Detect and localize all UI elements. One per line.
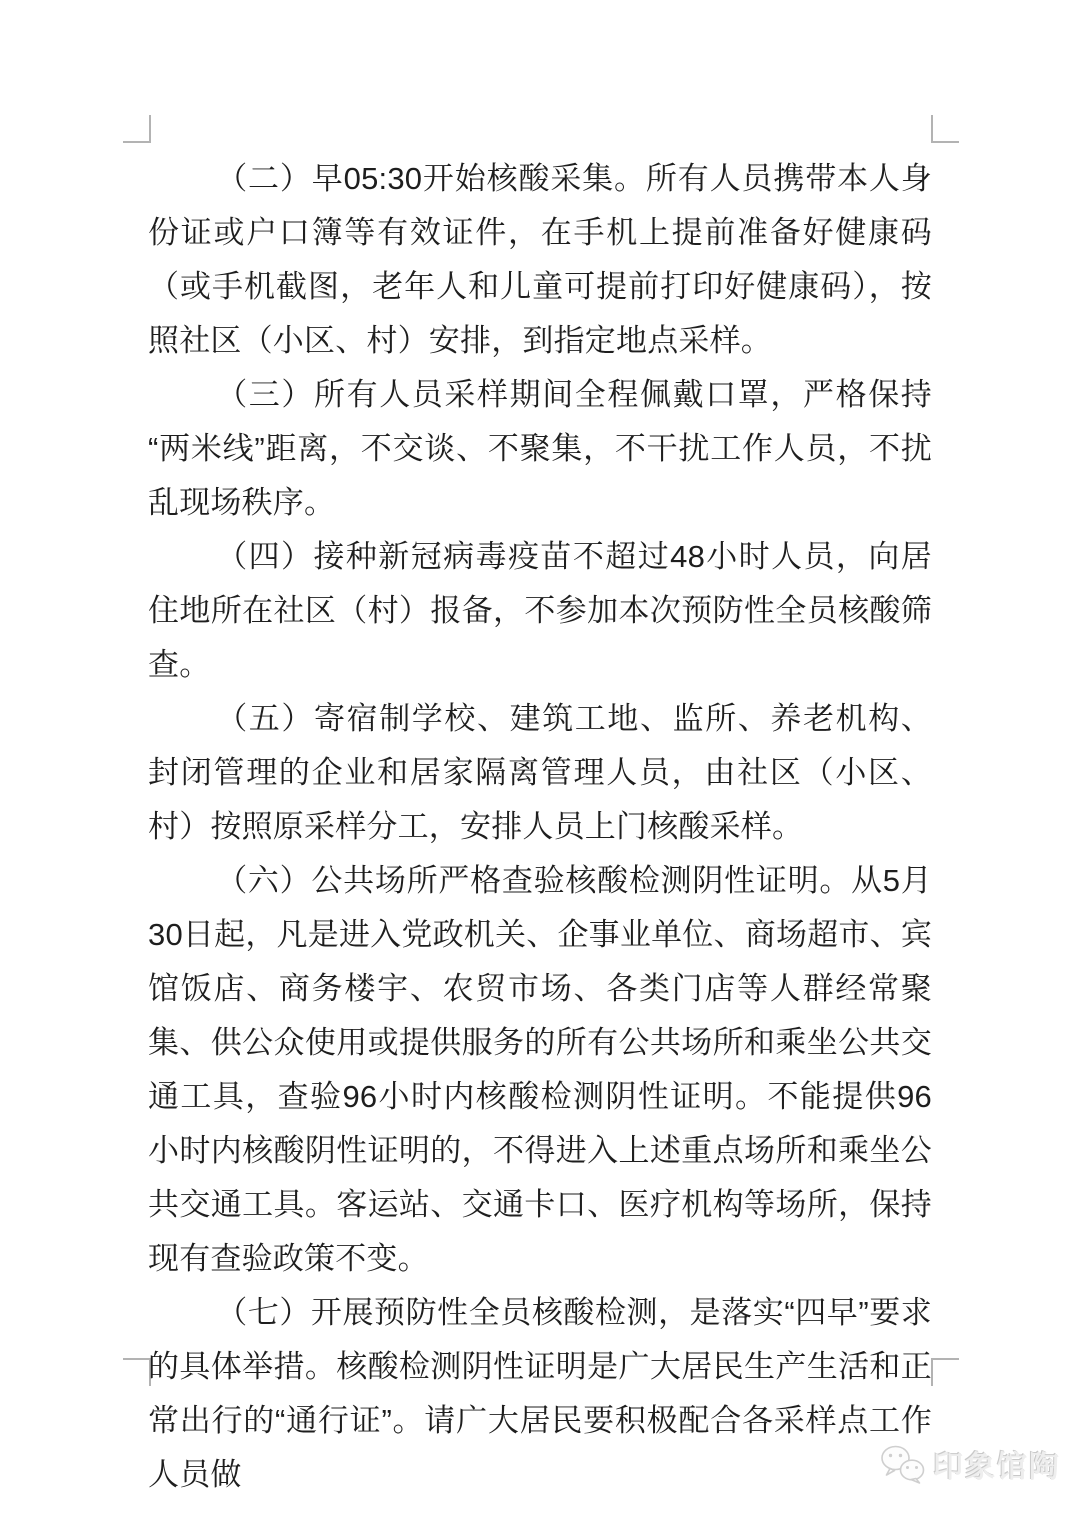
watermark-text: 印象馆陶 [933, 1442, 1061, 1486]
crop-mark-top-right [931, 115, 959, 143]
paragraph-item-4: （四）接种新冠病毒疫苗不超过48小时人员，向居住地所在社区（村）报备，不参加本次… [148, 530, 932, 692]
document-body: （二）早05:30开始核酸采集。所有人员携带本人身份证或户口簿等有效证件，在手机… [148, 0, 932, 1502]
paragraph-item-5: （五）寄宿制学校、建筑工地、监所、养老机构、封闭管理的企业和居家隔离管理人员，由… [148, 692, 932, 854]
wechat-icon [880, 1444, 926, 1484]
crop-mark-top-left [123, 115, 151, 143]
watermark: 印象馆陶 [880, 1442, 1061, 1486]
paragraph-item-6: （六）公共场所严格查验核酸检测阴性证明。从5月30日起，凡是进入党政机关、企事业… [148, 854, 932, 1286]
crop-mark-bottom-right [931, 1358, 959, 1386]
crop-mark-bottom-left [123, 1358, 151, 1386]
paragraph-item-3: （三）所有人员采样期间全程佩戴口罩，严格保持“两米线”距离，不交谈、不聚集，不干… [148, 368, 932, 530]
document-page: （二）早05:30开始核酸采集。所有人员携带本人身份证或户口簿等有效证件，在手机… [0, 0, 1080, 1514]
paragraph-item-2: （二）早05:30开始核酸采集。所有人员携带本人身份证或户口簿等有效证件，在手机… [148, 152, 932, 368]
paragraph-item-7: （七）开展预防性全员核酸检测，是落实“四早”要求的具体举措。核酸检测阴性证明是广… [148, 1286, 932, 1502]
